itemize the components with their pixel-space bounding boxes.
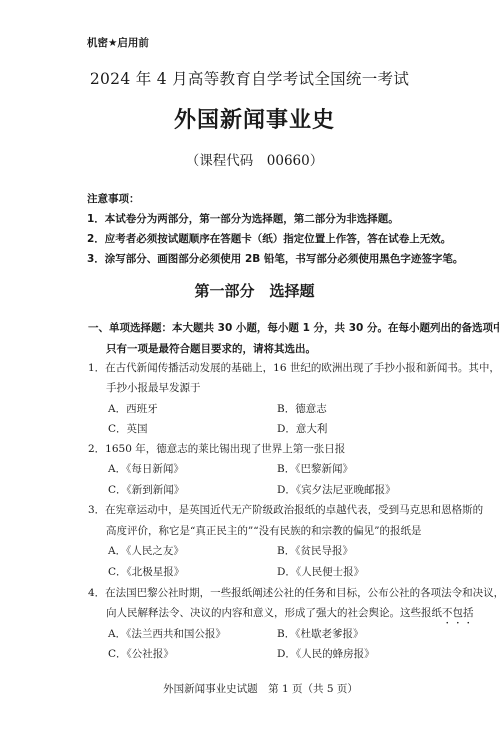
question-2-option-d: D．《宾夕法尼亚晚邮报》 (277, 482, 396, 497)
emphasis-char: 包 (453, 607, 464, 619)
question-1-option-a: A．西班牙 (108, 401, 158, 416)
question-3-stem-cont: 高度评价，称它是“真正民主的”“没有民族的和宗教的偏见”的报纸是 (106, 523, 421, 538)
question-4-stem-text: 向人民解释法令、决议的内容和意义，形成了强大的社会舆论。这些报纸 (106, 607, 442, 619)
section-instructions: 一、单项选择题：本大题共 30 小题，每小题 1 分，共 30 分。在每小题列出… (88, 320, 499, 335)
question-2-option-b: B．《巴黎新闻》 (277, 461, 353, 476)
question-3-option-d: D．《人民便士报》 (277, 564, 364, 579)
question-3-option-b: B．《贫民导报》 (277, 543, 353, 558)
question-1-option-c: C．英国 (108, 421, 148, 436)
note-item: 3．涂写部分、画图部分必须使用 2B 铅笔，书写部分必须使用黑色字迹签字笔。 (87, 251, 463, 266)
question-1-stem: 1．在古代新闻传播活动发展的基础上，16 世纪的欧洲出现了手抄小报和新闻书。其中… (88, 360, 499, 375)
question-1-option-d: D．意大利 (277, 421, 327, 436)
exam-title: 2024 年 4 月高等教育自学考试全国统一考试 (0, 67, 499, 89)
question-4-stem-cont: 向人民解释法令、决议的内容和意义，形成了强大的社会舆论。这些报纸不包括 (106, 605, 474, 620)
question-3-option-a: A．《人民之友》 (108, 543, 184, 558)
question-2-option-a: A．《每日新闻》 (108, 461, 184, 476)
question-2-option-c: C．《新到新闻》 (108, 482, 184, 497)
note-item: 2．应考者必须按试题顺序在答题卡（纸）指定位置上作答，答在试卷上无效。 (87, 231, 451, 246)
course-code: （课程代码 00660） (0, 149, 499, 169)
question-2-stem: 2．1650 年，德意志的莱比锡出现了世界上第一张日报 (88, 441, 345, 456)
question-1-option-b: B．德意志 (277, 401, 327, 416)
subject-title: 外国新闻事业史 (0, 103, 499, 134)
page-footer: 外国新闻事业史试题 第 1 页（共 5 页） (0, 681, 499, 696)
notes-heading: 注意事项： (87, 191, 140, 206)
question-4-option-d: D．《人民的蜂房报》 (277, 646, 375, 661)
section-instructions-cont: 只有一项是最符合题目要求的，请将其选出。 (106, 341, 316, 356)
question-1-stem-cont: 手抄小报最早发源于 (106, 380, 201, 395)
question-3-option-c: C．《北极星报》 (108, 564, 184, 579)
question-4-option-b: B．《杜歇老爹报》 (277, 626, 363, 641)
question-4-option-c: C．《公社报》 (108, 646, 174, 661)
question-4-stem: 4．在法国巴黎公社时期，一些报纸阐述公社的任务和目标，公布公社的各项法令和决议， (88, 585, 499, 600)
confidential-mark: 机密★启用前 (87, 35, 149, 50)
part-title: 第一部分 选择题 (0, 280, 499, 301)
emphasis-char: 不 (442, 607, 453, 619)
note-item: 1．本试卷分为两部分，第一部分为选择题，第二部分为非选择题。 (87, 211, 399, 226)
question-4-option-a: A．《法兰西共和国公报》 (108, 626, 226, 641)
emphasis-char: 括 (463, 607, 474, 619)
question-3-stem: 3．在宪章运动中，是英国近代无产阶级政治报纸的卓越代表，受到马克思和恩格斯的 (88, 502, 483, 517)
